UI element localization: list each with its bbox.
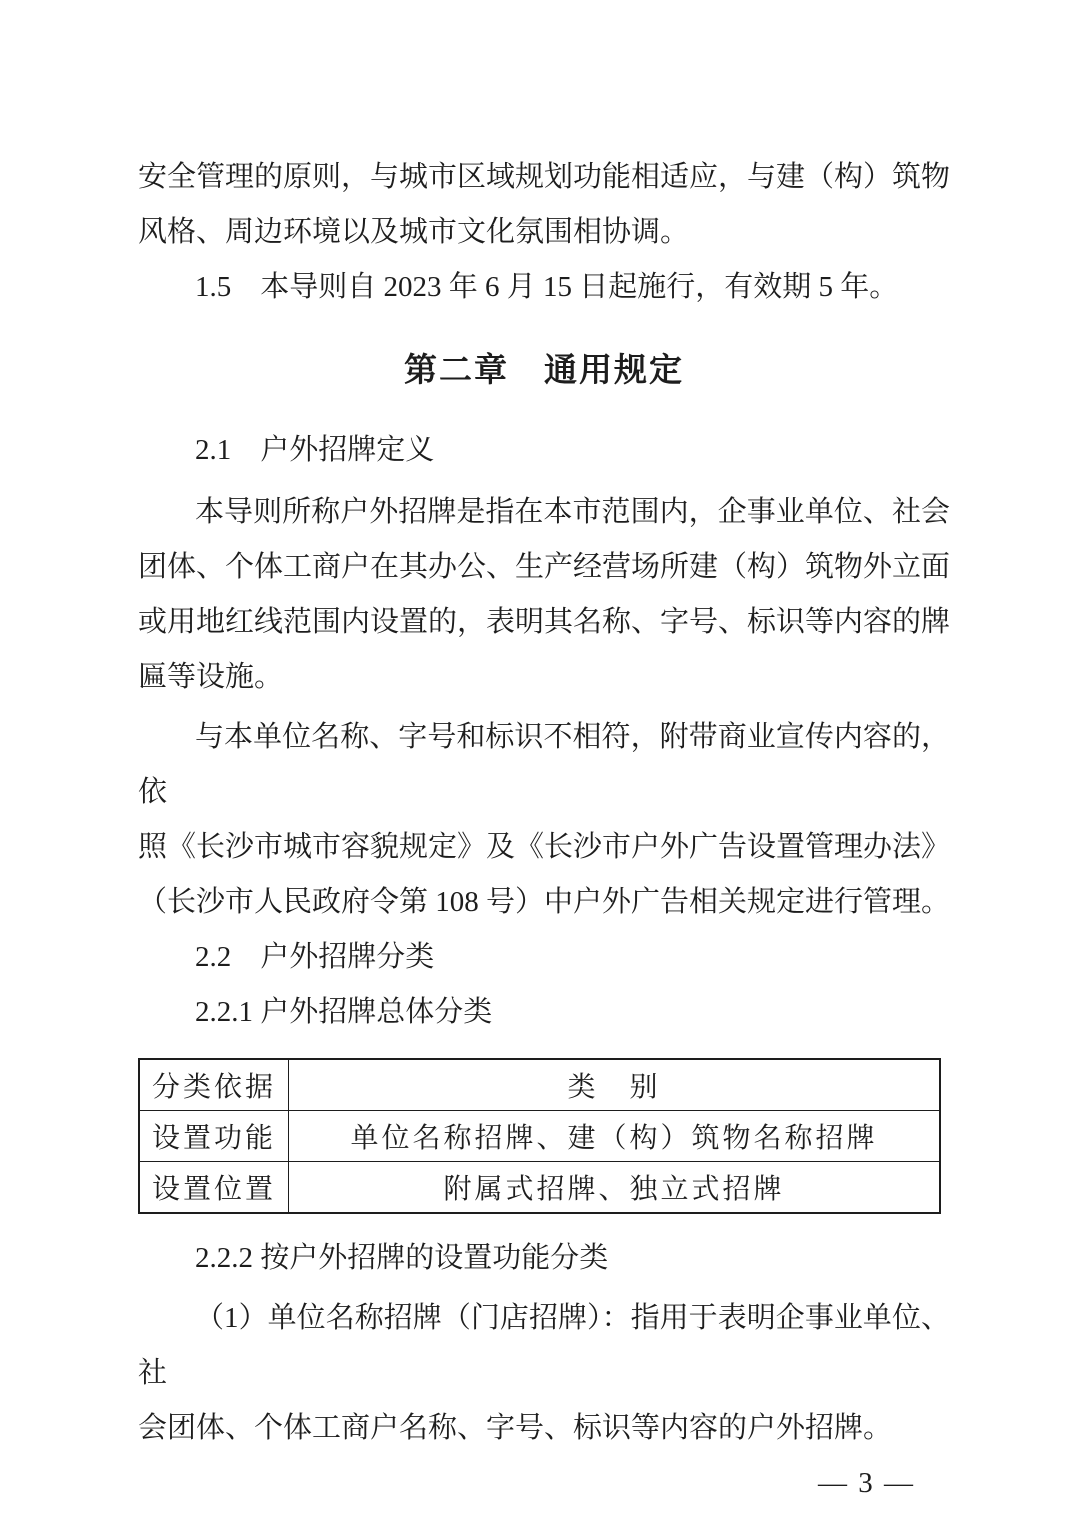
classification-table: 分类依据 类 别 设置功能 单位名称招牌、建（构）筑物名称招牌 设置位置 附属式… [138,1058,941,1214]
definition-line-2: 团体、个体工商户在其办公、生产经营场所建（构）筑物外立面 [138,540,950,595]
section-2-2-2-title: 2.2.2 按户外招牌的设置功能分类 [138,1231,950,1286]
definition-paragraph: 本导则所称户外招牌是指在本市范围内，企事业单位、社会 团体、个体工商户在其办公、… [138,485,950,705]
intro-line-2: 风格、周边环境以及城市文化氛围相协调。 [138,205,950,260]
clause-1-5: 1.5 本导则自 2023 年 6 月 15 日起施行，有效期 5 年。 [138,260,950,315]
definition-line-4: 匾等设施。 [138,650,950,705]
unit-sign-line-2: 会团体、个体工商户名称、字号、标识等内容的户外招牌。 [138,1401,950,1456]
table-cell-position-value: 附属式招牌、独立式招牌 [289,1162,941,1214]
table-cell-function-label: 设置功能 [139,1111,289,1162]
table-cell-position-label: 设置位置 [139,1162,289,1214]
management-line-3: （长沙市人民政府令第 108 号）中户外广告相关规定进行管理。 [138,875,950,930]
section-2-1-title: 2.1 户外招牌定义 [138,423,950,478]
definition-line-1: 本导则所称户外招牌是指在本市范围内，企事业单位、社会 [138,485,950,540]
management-line-2: 照《长沙市城市容貌规定》及《长沙市户外广告设置管理办法》 [138,820,950,875]
section-2-2-title: 2.2 户外招牌分类 [138,930,950,985]
chapter-2-heading: 第二章 通用规定 [138,342,950,397]
table-header-row: 分类依据 类 别 [139,1059,940,1111]
table-header-category: 类 别 [289,1059,941,1111]
table-cell-function-value: 单位名称招牌、建（构）筑物名称招牌 [289,1111,941,1162]
management-paragraph: 与本单位名称、字号和标识不相符，附带商业宣传内容的，依 照《长沙市城市容貌规定》… [138,710,950,930]
intro-paragraph: 安全管理的原则，与城市区域规划功能相适应，与建（构）筑物 风格、周边环境以及城市… [138,150,950,260]
unit-sign-line-1: （1）单位名称招牌（门店招牌）：指用于表明企事业单位、社 [138,1291,950,1401]
management-line-1: 与本单位名称、字号和标识不相符，附带商业宣传内容的，依 [138,710,950,820]
unit-sign-paragraph: （1）单位名称招牌（门店招牌）：指用于表明企事业单位、社 会团体、个体工商户名称… [138,1291,950,1456]
definition-line-3: 或用地红线范围内设置的，表明其名称、字号、标识等内容的牌 [138,595,950,650]
document-page: 安全管理的原则，与城市区域规划功能相适应，与建（构）筑物 风格、周边环境以及城市… [0,0,1074,1520]
table-header-basis: 分类依据 [139,1059,289,1111]
section-2-2-1-title: 2.2.1 户外招牌总体分类 [138,985,950,1040]
table-row-position: 设置位置 附属式招牌、独立式招牌 [139,1162,940,1214]
intro-line-1: 安全管理的原则，与城市区域规划功能相适应，与建（构）筑物 [138,150,950,205]
page-number: — 3 — [138,1456,950,1511]
table-row-function: 设置功能 单位名称招牌、建（构）筑物名称招牌 [139,1111,940,1162]
